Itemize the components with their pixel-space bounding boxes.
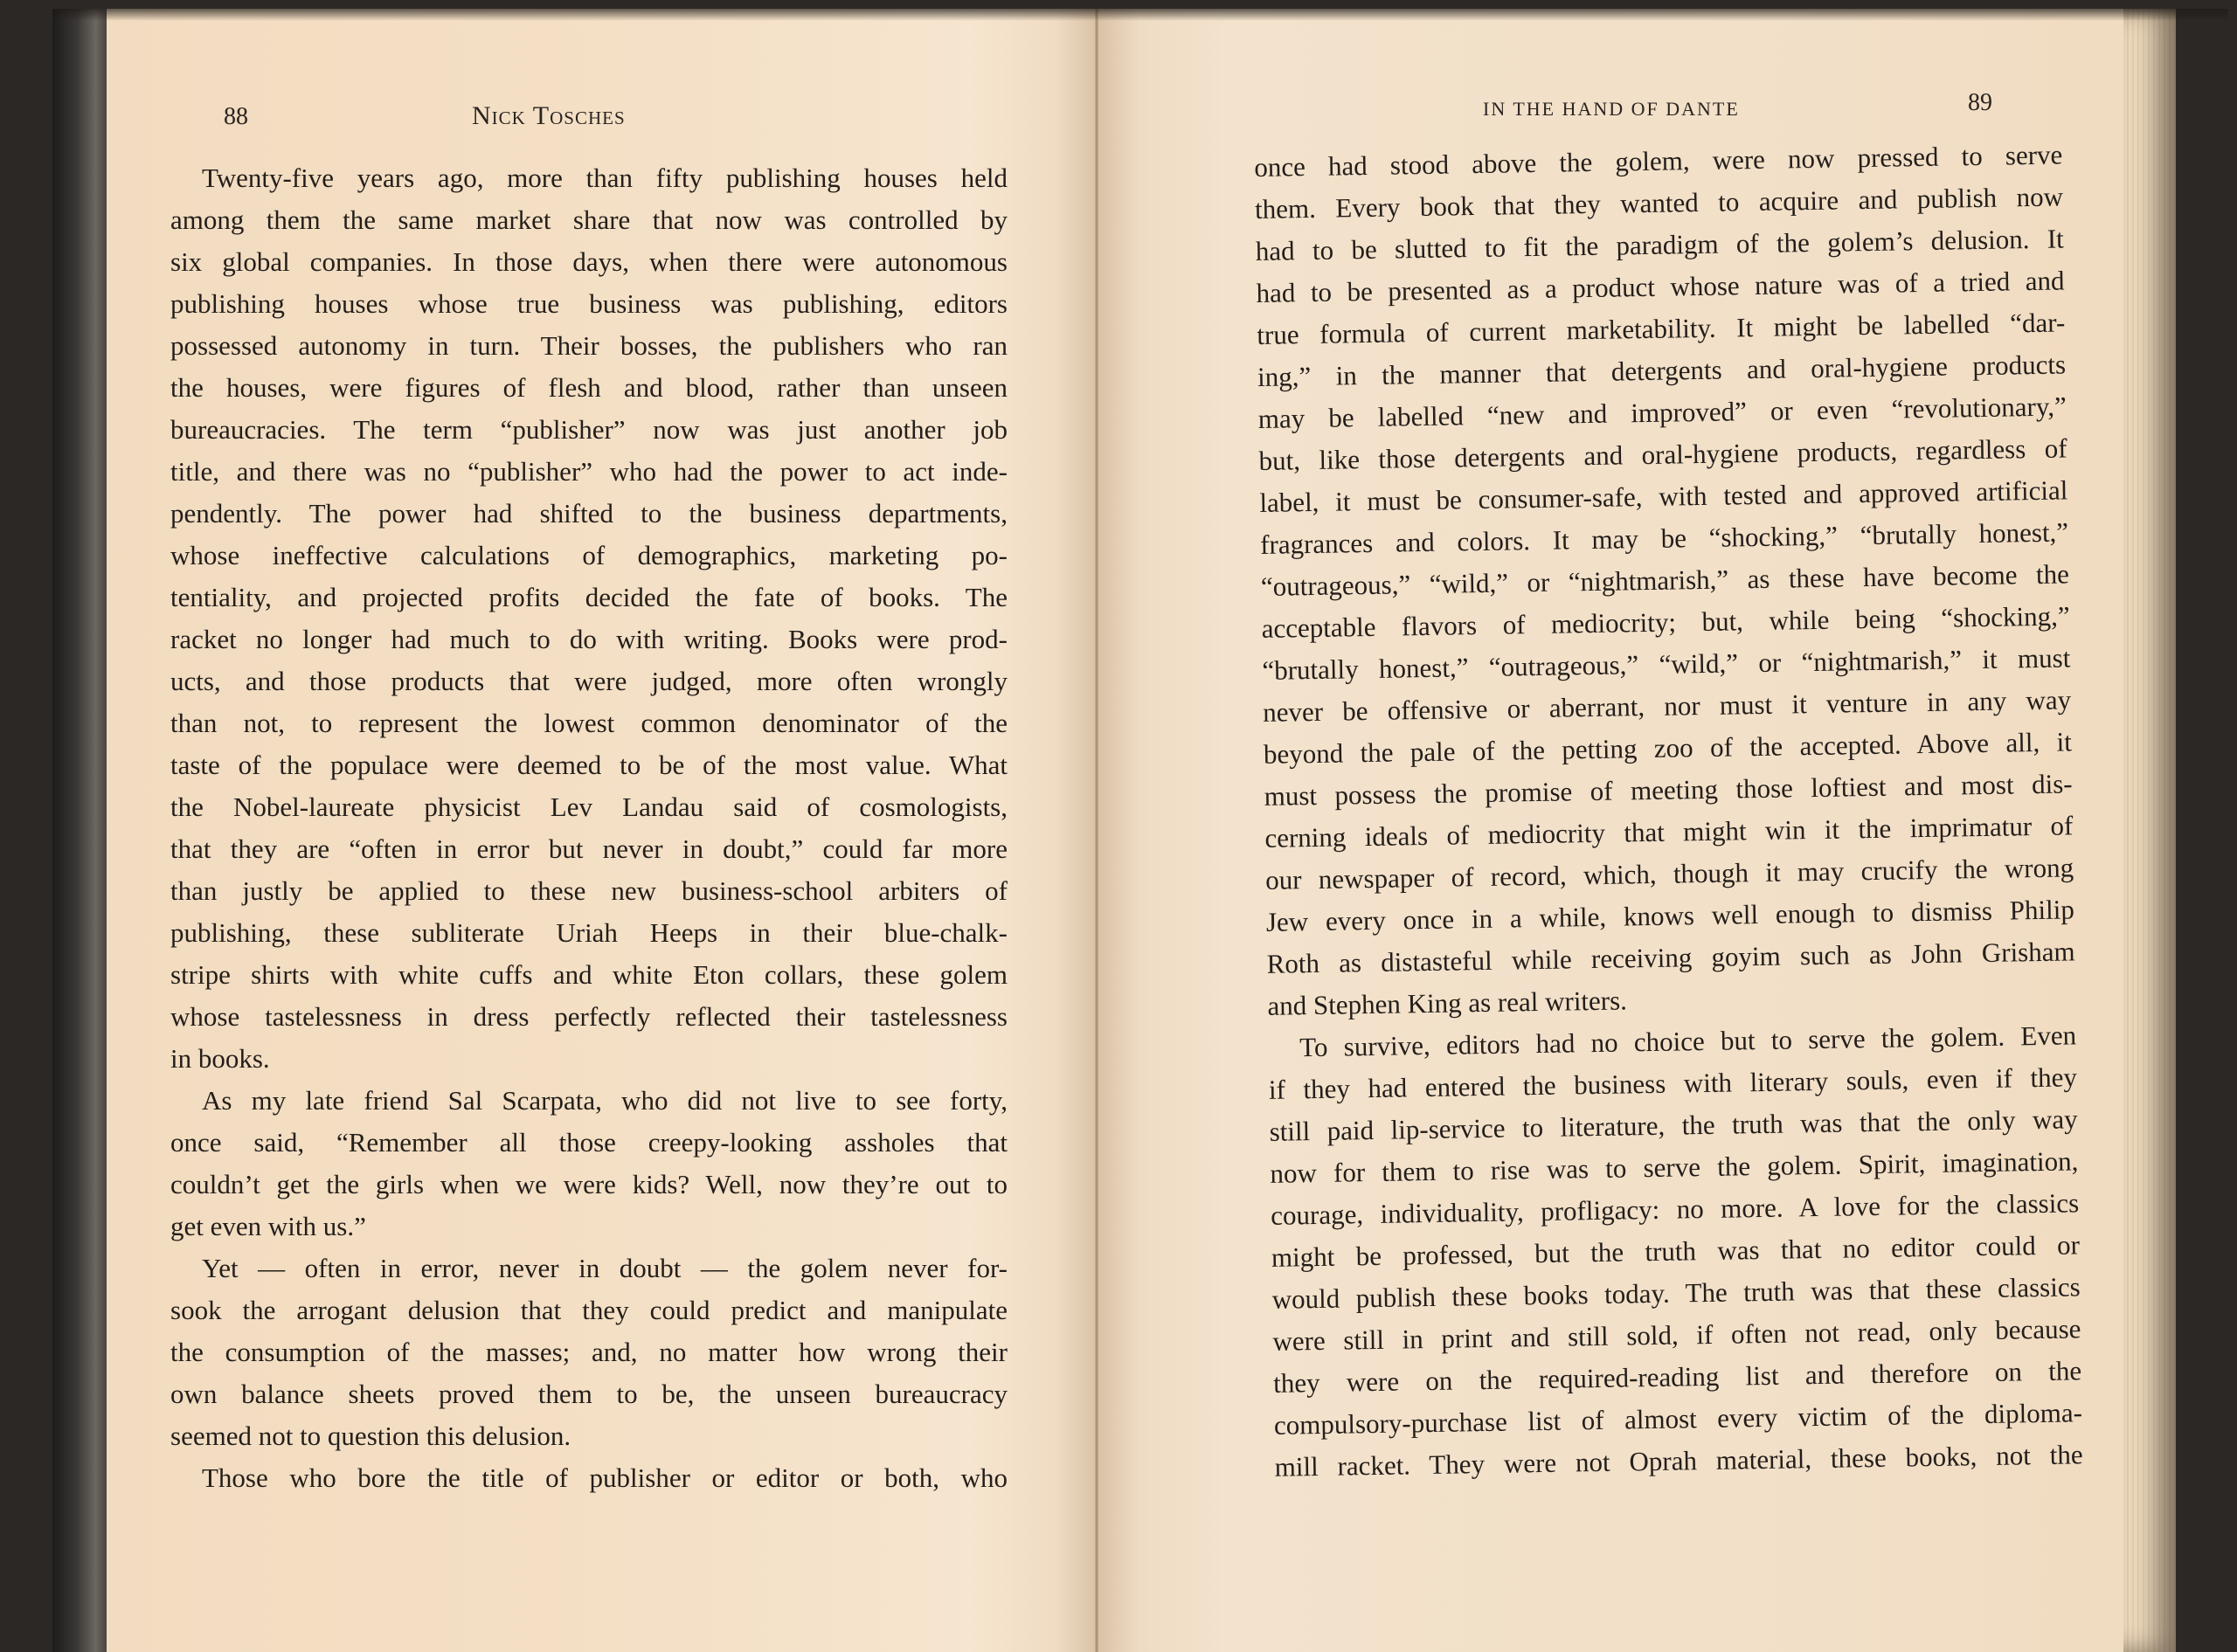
text-line: stripe shirts with white cuffs and white…	[170, 954, 1008, 996]
open-book: 88 Nick Tosches Twenty-five years ago, m…	[52, 9, 2228, 1652]
text-line: possessed autonomy in turn. Their bosses…	[170, 325, 1008, 367]
left-page-body: Twenty-five years ago, more than fifty p…	[170, 157, 1008, 1499]
text-line: whose tastelessness in dress perfectly r…	[170, 996, 1008, 1038]
text-line: in books.	[170, 1038, 1008, 1080]
text-line: publishing houses whose true business wa…	[170, 283, 1008, 325]
text-line: sook the arrogant delusion that they cou…	[170, 1289, 1008, 1331]
left-book-edge	[52, 9, 107, 1652]
text-line: the houses, were figures of flesh and bl…	[170, 367, 1008, 409]
text-line: the Nobel-laureate physicist Lev Landau …	[170, 786, 1008, 828]
text-line: that they are “often in error but never …	[170, 828, 1008, 870]
right-page: In the Hand of Dante 89 once had stood a…	[1097, 9, 2176, 1652]
text-line: own balance sheets proved them to be, th…	[170, 1373, 1008, 1415]
text-line: Those who bore the title of publisher or…	[170, 1457, 1008, 1499]
text-line: six global companies. In those days, whe…	[170, 241, 1008, 283]
text-line: taste of the populace were deemed to be …	[170, 744, 1008, 786]
text-line: As my late friend Sal Scarpata, who did …	[170, 1080, 1008, 1122]
text-line: bureaucracies. The term “publisher” now …	[170, 409, 1008, 451]
top-edge-shadow	[52, 9, 2228, 21]
book-scan: 88 Nick Tosches Twenty-five years ago, m…	[0, 0, 2237, 1652]
text-line: Yet — often in error, never in doubt — t…	[170, 1248, 1008, 1289]
text-line: couldn’t get the girls when we were kids…	[170, 1164, 1008, 1206]
text-line: tentiality, and projected profits decide…	[170, 577, 1008, 619]
left-page-number: 88	[224, 103, 248, 131]
left-running-head: Nick Tosches	[472, 101, 626, 131]
right-page-body: once had stood above the golem, were now…	[1254, 134, 2083, 1488]
text-line: Twenty-five years ago, more than fifty p…	[170, 157, 1008, 199]
text-line: once said, “Remember all those creepy-lo…	[170, 1122, 1008, 1164]
right-page-number: 89	[1968, 89, 1992, 117]
text-line: than justly be applied to these new busi…	[170, 870, 1008, 912]
text-line: whose ineffective calculations of demogr…	[170, 535, 1008, 577]
text-line: get even with us.”	[170, 1206, 1008, 1248]
book-spine-gutter	[1095, 9, 1098, 1652]
text-line: than not, to represent the lowest common…	[170, 702, 1008, 744]
text-line: title, and there was no “publisher” who …	[170, 451, 1008, 493]
right-running-head: In the Hand of Dante	[1483, 98, 1740, 121]
text-line: publishing, these subliterate Uriah Heep…	[170, 912, 1008, 954]
page-edges-stack	[2123, 9, 2176, 1652]
text-line: among them the same market share that no…	[170, 199, 1008, 241]
text-line: pendently. The power had shifted to the …	[170, 493, 1008, 535]
text-line: racket no longer had much to do with wri…	[170, 619, 1008, 660]
text-line: seemed not to question this delusion.	[170, 1415, 1008, 1457]
text-line: ucts, and those products that were judge…	[170, 660, 1008, 702]
text-line: the consumption of the masses; and, no m…	[170, 1331, 1008, 1373]
left-page: 88 Nick Tosches Twenty-five years ago, m…	[52, 9, 1097, 1652]
